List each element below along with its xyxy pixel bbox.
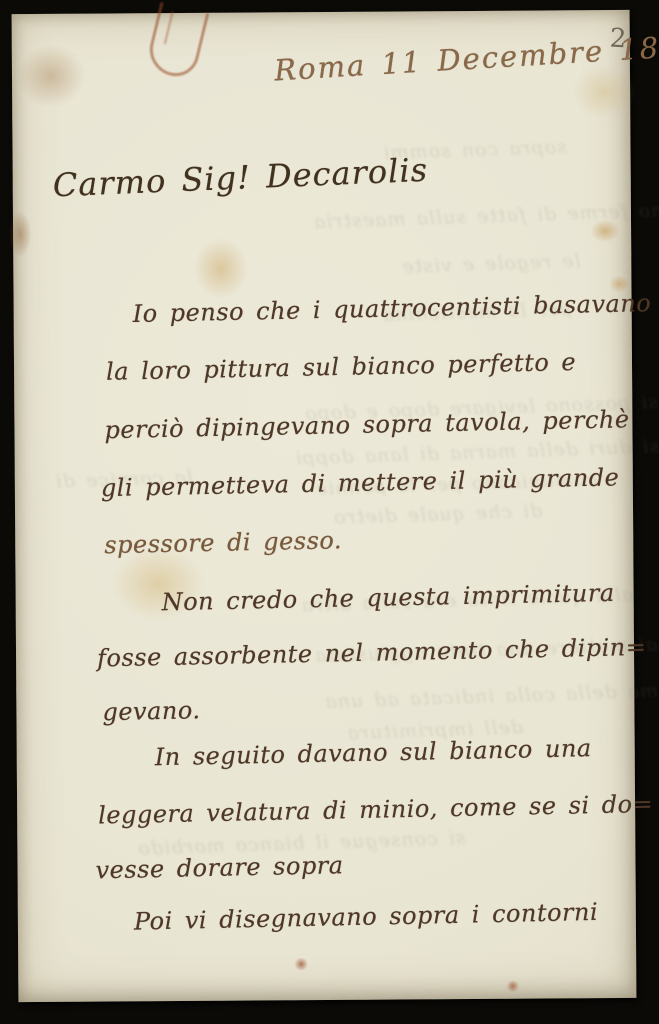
bleedthrough-line: prima della colla indicata ad una bbox=[324, 679, 659, 713]
photograph-backdrop: sopra con sommi sono ferme di fatte sull… bbox=[0, 0, 659, 1024]
stain bbox=[572, 65, 636, 119]
stain bbox=[193, 238, 248, 300]
letter-line: Non credo che questa imprimitura bbox=[161, 579, 615, 616]
stain bbox=[16, 44, 86, 108]
letter-line: spessore di gesso. bbox=[104, 526, 342, 559]
letter-line: Poi vi disegnavano sopra i contorni bbox=[134, 898, 599, 936]
letter-line: leggera velatura di minio, come se si do… bbox=[98, 790, 654, 830]
salutation: Carmo Sig! Decarolis bbox=[52, 151, 429, 205]
letter-page: sopra con sommi sono ferme di fatte sull… bbox=[12, 10, 637, 1002]
stain bbox=[9, 212, 31, 256]
letter-line: In seguito davano sul bianco una bbox=[154, 734, 592, 771]
bleedthrough-line: di che quale dietro bbox=[333, 500, 543, 529]
letter-line: gevano. bbox=[102, 696, 201, 726]
dateline: Roma 11 Decembre 1895 bbox=[273, 28, 659, 87]
stain bbox=[294, 958, 308, 970]
letter-line: la loro pittura sul bianco perfetto e bbox=[106, 348, 577, 386]
letter-line: vesse dorare sopra bbox=[95, 851, 344, 884]
bleedthrough-line: sono ferme di fatte sulla maestria bbox=[313, 199, 659, 233]
letter-line: fosse assorbente nel momento che dipin= bbox=[97, 633, 647, 672]
letter-line: Io penso che i quattrocentisti basavano bbox=[132, 289, 651, 328]
paperclip-rust-mark bbox=[144, 2, 209, 81]
stain bbox=[506, 981, 519, 992]
bleedthrough-line: le regole e viste bbox=[401, 250, 581, 278]
